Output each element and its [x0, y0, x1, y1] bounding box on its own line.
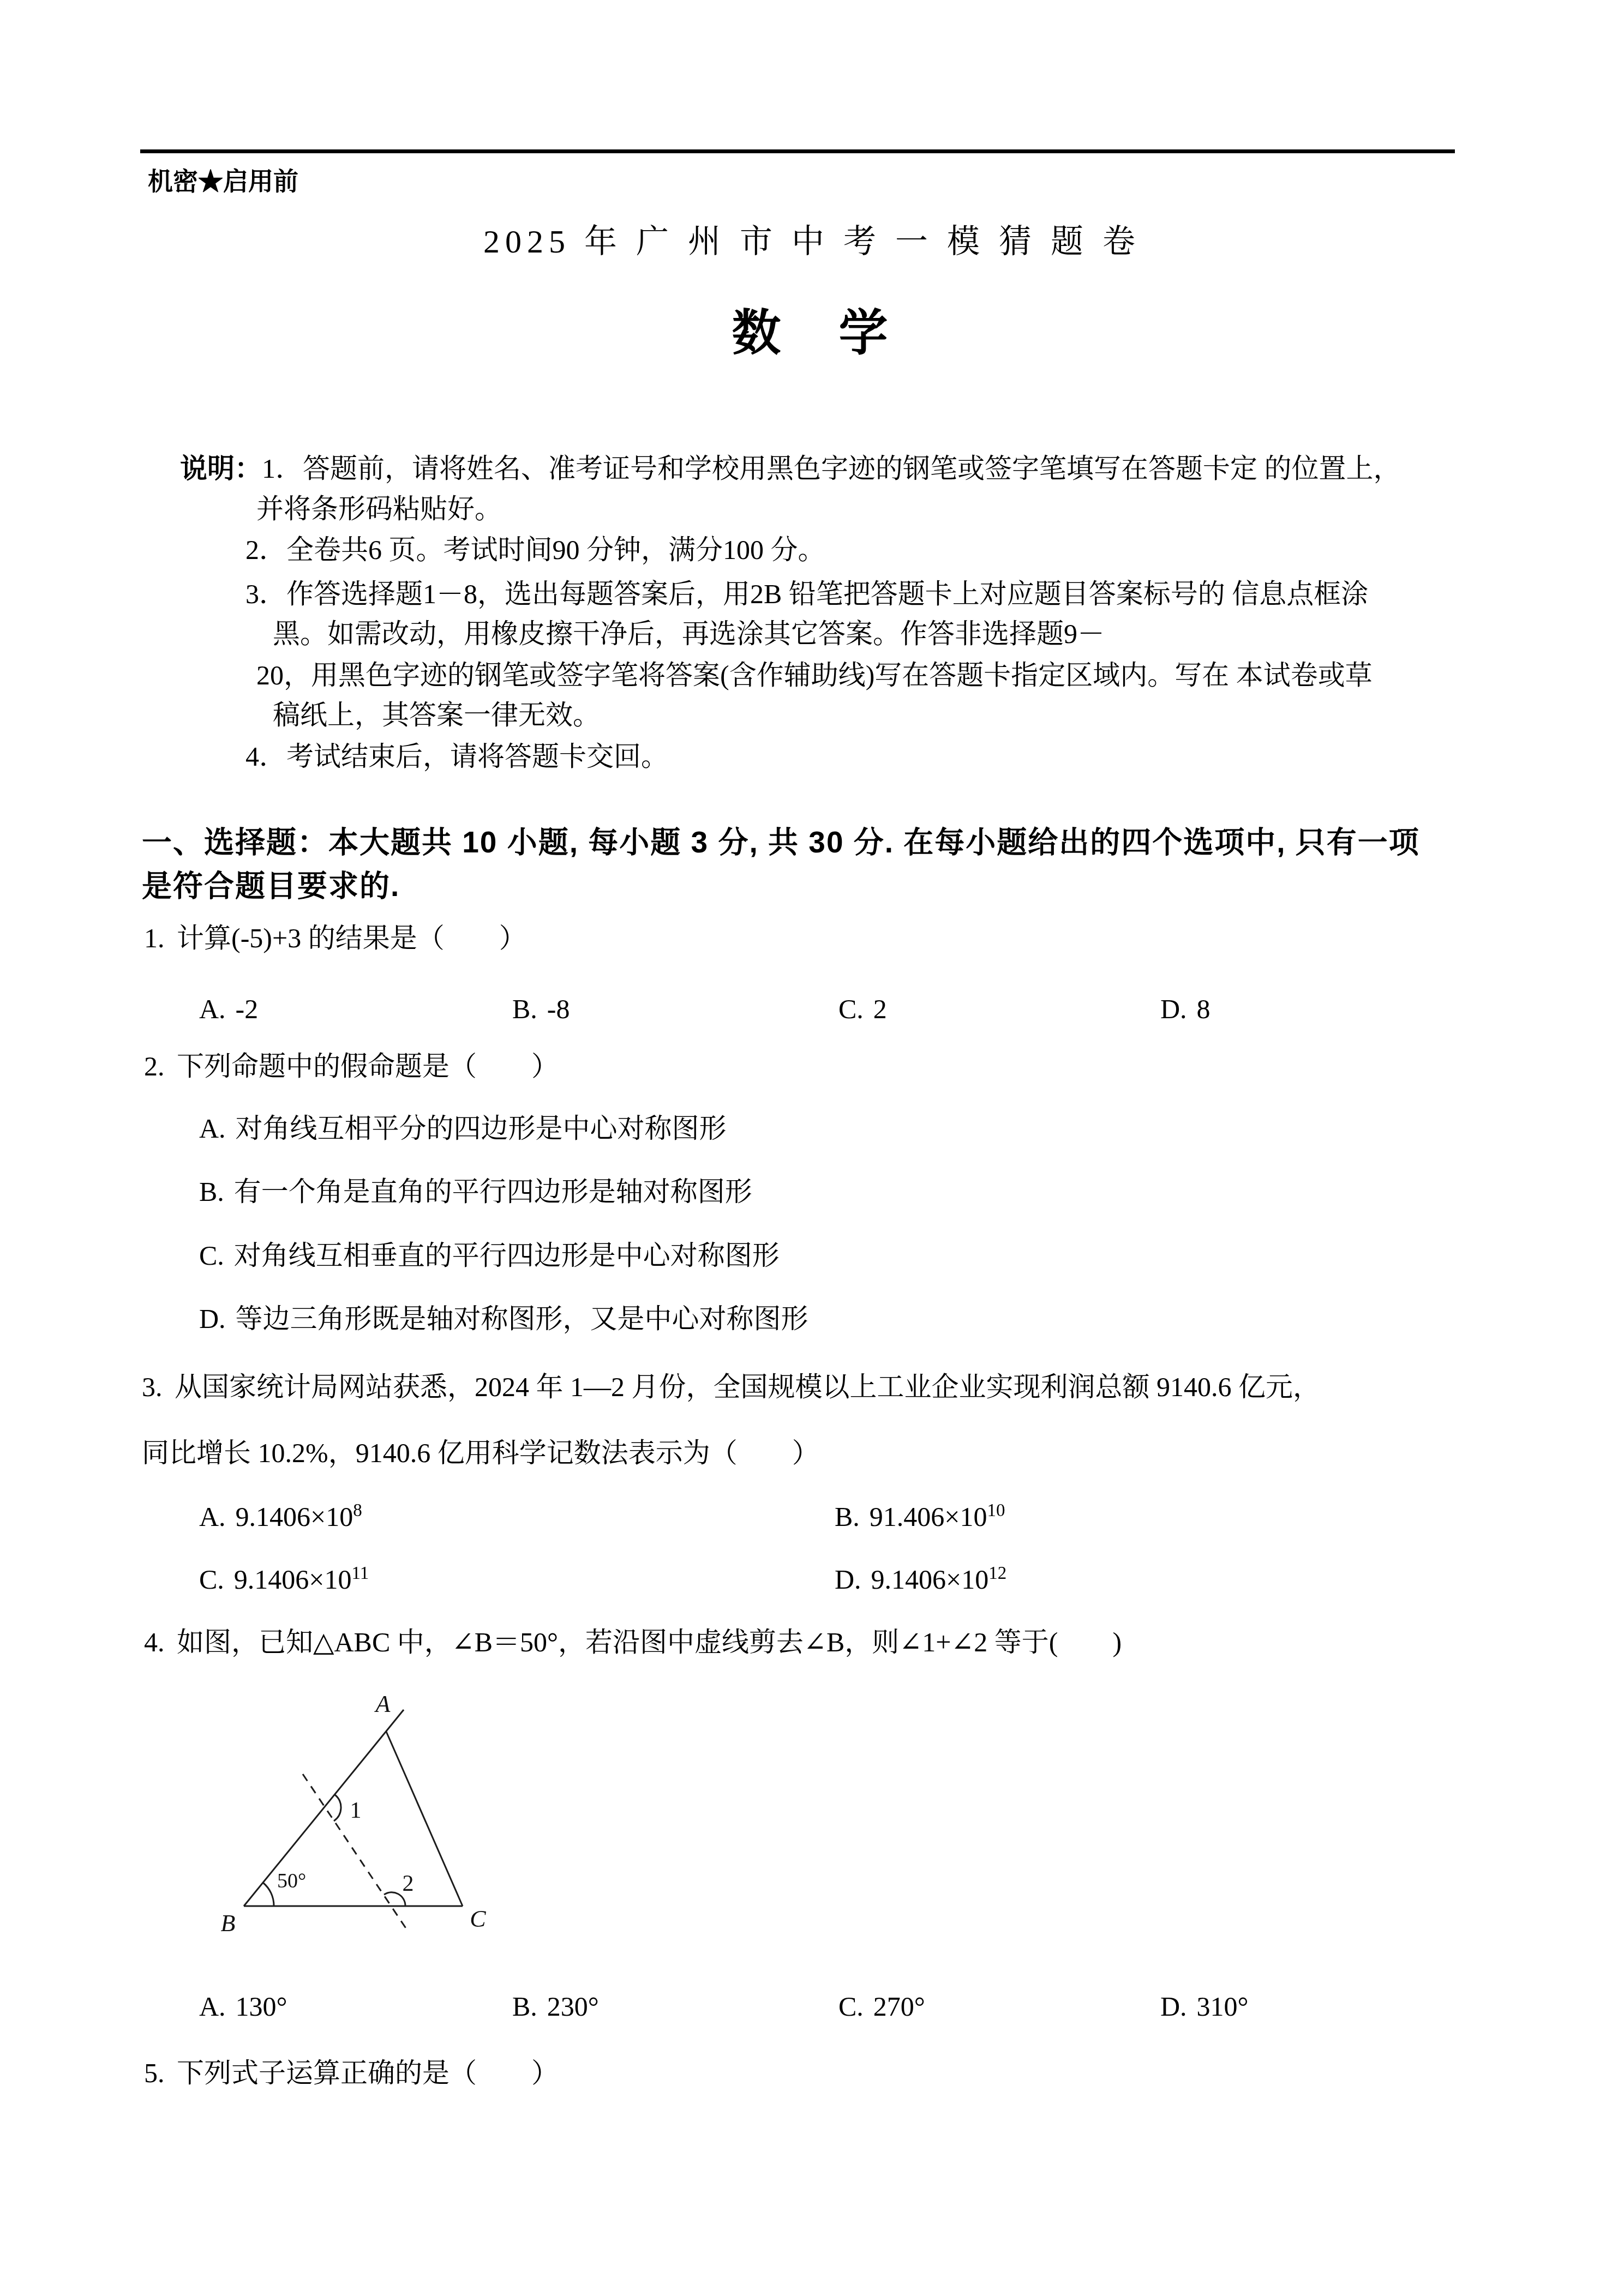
- angle-b-label: 50°: [277, 1870, 306, 1892]
- option-text: 310°: [1197, 1991, 1249, 2022]
- vertex-c-label: C: [470, 1906, 486, 1932]
- question-1-option-c: C.2: [838, 992, 887, 1026]
- option-label: D.: [1160, 994, 1187, 1024]
- question-3-line-2: 同比增长 10.2%，9140.6 亿用科学记数法表示为（ ）: [142, 1436, 819, 1470]
- section-heading-line-1: 一、选择题：本大题共 10 小题, 每小题 3 分, 共 30 分. 在每小题给…: [142, 824, 1420, 861]
- instruction-line-5: 黑。如需改动，用橡皮擦干净后，再选涂其它答案。作答非选择题9－: [273, 617, 1105, 651]
- instruction-line-8: 4．考试结束后，请将答题卡交回。: [245, 740, 668, 774]
- question-4-option-b: B.230°: [512, 1990, 599, 2024]
- angle-2-label: 2: [403, 1871, 414, 1896]
- question-4-number: 4.: [144, 1625, 177, 1660]
- vertex-a-label: A: [374, 1691, 391, 1717]
- option-text: 等边三角形既是轴对称图形，又是中心对称图形: [236, 1303, 808, 1334]
- question-3-option-d: D.9.1406×1012: [835, 1562, 1006, 1597]
- instructions-label: 说明：: [180, 453, 262, 484]
- side-ac-line: [386, 1732, 463, 1906]
- question-1: 1.计算(-5)+3 的结果是（ ）: [144, 921, 526, 955]
- question-2-option-c: C.对角线互相垂直的平行四边形是中心对称图形: [199, 1239, 780, 1273]
- question-3-option-a: A.9.1406×108: [199, 1500, 362, 1534]
- instruction-text: 1．答题前，请将姓名、准考证号和学校用黑色字迹的钢笔或签字笔填写在答题卡定 的位…: [262, 453, 1401, 484]
- question-5: 5.下列式子运算正确的是（ ）: [144, 2056, 559, 2090]
- option-text: 有一个角是直角的平行四边形是轴对称图形: [234, 1176, 752, 1207]
- question-2-text: 下列命题中的假命题是（ ）: [177, 1051, 559, 1081]
- option-text: 2: [873, 994, 887, 1024]
- question-5-number: 5.: [144, 2056, 177, 2090]
- question-2-option-d: D.等边三角形既是轴对称图形，又是中心对称图形: [199, 1302, 808, 1336]
- question-1-option-b: B.-8: [512, 992, 570, 1026]
- question-4-option-d: D.310°: [1160, 1990, 1249, 2024]
- question-5-text: 下列式子运算正确的是（ ）: [177, 2058, 559, 2088]
- question-4-text: 如图，已知△ABC 中，∠B＝50°，若沿图中虚线剪去∠B，则∠1+∠2 等于(…: [177, 1627, 1122, 1657]
- option-label: A.: [199, 994, 226, 1024]
- option-exponent: 11: [352, 1564, 369, 1583]
- option-label: C.: [199, 1564, 224, 1595]
- option-label: A.: [199, 1113, 226, 1144]
- question-3-text-line1: 从国家统计局网站获悉，2024 年 1—2 月份，全国规模以上工业企业实现利润总…: [175, 1372, 1320, 1402]
- option-label: D.: [1160, 1991, 1187, 2022]
- question-3-line-1: 3.从国家统计局网站获悉，2024 年 1—2 月份，全国规模以上工业企业实现利…: [142, 1370, 1320, 1404]
- option-label: C.: [838, 1991, 864, 2022]
- question-3-number: 3.: [142, 1370, 175, 1404]
- instruction-line-3: 2．全卷共6 页。考试时间90 分钟，满分100 分。: [245, 533, 825, 567]
- option-text: 8: [1197, 994, 1210, 1024]
- option-text: 对角线互相平分的四边形是中心对称图形: [236, 1113, 727, 1144]
- option-base: 9.1406×10: [871, 1564, 989, 1595]
- option-label: D.: [835, 1564, 861, 1595]
- option-label: A.: [199, 1501, 226, 1532]
- question-1-option-d: D.8: [1160, 992, 1210, 1026]
- option-text: 130°: [236, 1991, 287, 2022]
- vertex-b-label: B: [221, 1910, 236, 1937]
- side-ab-line: [244, 1710, 404, 1906]
- question-3-option-c: C.9.1406×1011: [199, 1562, 369, 1597]
- option-exponent: 12: [988, 1564, 1006, 1583]
- question-1-text: 计算(-5)+3 的结果是（ ）: [177, 923, 526, 953]
- option-label: C.: [838, 994, 864, 1024]
- option-text: 对角线互相垂直的平行四边形是中心对称图形: [234, 1240, 780, 1271]
- option-base: 91.406×10: [870, 1501, 987, 1532]
- angle-1-label: 1: [350, 1798, 362, 1823]
- option-text: 270°: [873, 1991, 925, 2022]
- question-3-option-b: B.91.406×1010: [835, 1500, 1005, 1534]
- option-label: C.: [199, 1240, 224, 1271]
- section-heading-line-2: 是符合题目要求的.: [142, 867, 400, 905]
- instruction-line-4: 3．作答选择题1－8，选出每题答案后，用2B 铅笔把答题卡上对应题目答案标号的 …: [245, 577, 1368, 611]
- option-label: B.: [199, 1176, 224, 1207]
- option-text: -8: [547, 994, 570, 1024]
- option-base: 9.1406×10: [234, 1564, 352, 1595]
- exam-page: 机密★启用前 2025 年 广 州 市 中 考 一 模 猜 题 卷 数 学 说明…: [0, 0, 1624, 2296]
- instruction-line-7: 稿纸上，其答案一律无效。: [273, 698, 600, 732]
- subject-title: 数 学: [0, 303, 1624, 365]
- top-rule: [140, 149, 1455, 153]
- option-label: B.: [835, 1501, 860, 1532]
- exam-title: 2025 年 广 州 市 中 考 一 模 猜 题 卷: [0, 221, 1624, 262]
- instruction-line-2: 并将条形码粘贴好。: [256, 492, 502, 526]
- option-label: A.: [199, 1991, 226, 2022]
- option-text: -2: [236, 994, 259, 1024]
- option-text: 230°: [547, 1991, 599, 2022]
- option-exponent: 10: [987, 1501, 1005, 1520]
- option-label: B.: [512, 1991, 537, 2022]
- option-label: D.: [199, 1303, 226, 1334]
- question-4: 4.如图，已知△ABC 中，∠B＝50°，若沿图中虚线剪去∠B，则∠1+∠2 等…: [144, 1625, 1122, 1660]
- triangle-figure: A B C 1 2 50°: [207, 1682, 491, 1955]
- question-2: 2.下列命题中的假命题是（ ）: [144, 1049, 559, 1084]
- question-1-option-a: A.-2: [199, 992, 258, 1026]
- option-label: B.: [512, 994, 537, 1024]
- question-2-option-b: B.有一个角是直角的平行四边形是轴对称图形: [199, 1175, 752, 1209]
- instruction-line-1: 说明：1．答题前，请将姓名、准考证号和学校用黑色字迹的钢笔或签字笔填写在答题卡定…: [180, 452, 1401, 486]
- question-4-option-c: C.270°: [838, 1990, 925, 2024]
- question-4-option-a: A.130°: [199, 1990, 287, 2024]
- question-2-number: 2.: [144, 1049, 177, 1084]
- question-2-option-a: A.对角线互相平分的四边形是中心对称图形: [199, 1111, 727, 1146]
- angle-1-arc: [334, 1795, 341, 1821]
- instruction-line-6: 20，用黑色字迹的钢笔或签字笔将答案(含作辅助线)写在答题卡指定区域内。写在 本…: [256, 658, 1373, 693]
- angle-b-arc: [263, 1883, 274, 1906]
- confidential-label: 机密★启用前: [148, 166, 298, 197]
- option-base: 9.1406×10: [236, 1501, 353, 1532]
- option-exponent: 8: [353, 1501, 362, 1520]
- question-1-number: 1.: [144, 921, 177, 955]
